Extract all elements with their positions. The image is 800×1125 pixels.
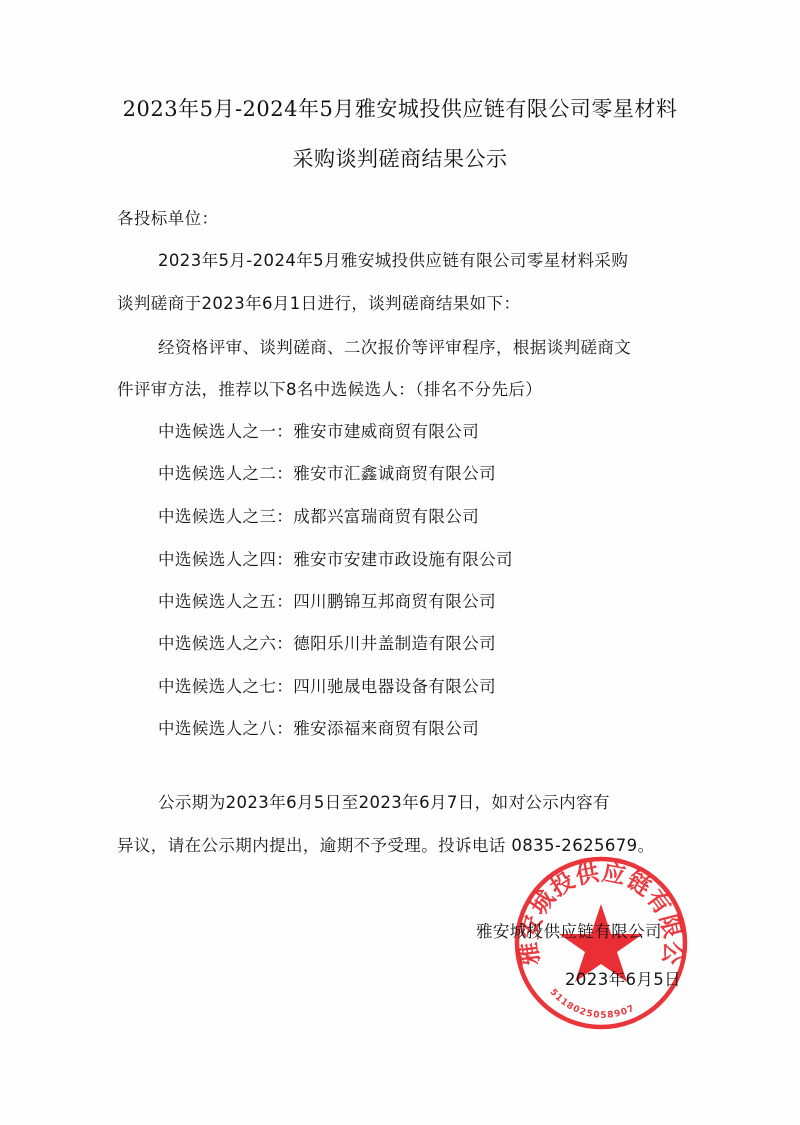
method-paragraph-line-2: 件评审方法，推荐以下8名中选候选人：（排名不分先后） <box>117 376 542 400</box>
greeting: 各投标单位： <box>117 205 218 229</box>
signature-company: 雅安城投供应链有限公司 <box>476 918 662 942</box>
candidate-company: 雅安添福来商贸有限公司 <box>293 719 479 738</box>
document-page: 2023年5月-2024年5月雅安城投供应链有限公司零星材料 采购谈判磋商结果公… <box>0 0 800 1125</box>
document-title-line-1: 2023年5月-2024年5月雅安城投供应链有限公司零星材料 <box>0 93 800 123</box>
candidate-label: 中选候选人之五： <box>158 592 293 611</box>
candidate-label: 中选候选人之七： <box>158 677 293 696</box>
candidate-label: 中选候选人之八： <box>158 719 293 738</box>
candidate-item: 中选候选人之六：德阳乐川井盖制造有限公司 <box>158 630 496 654</box>
candidate-item: 中选候选人之三：成都兴富瑞商贸有限公司 <box>158 503 479 527</box>
candidate-label: 中选候选人之一： <box>158 422 293 441</box>
candidate-company: 四川驰晟电器设备有限公司 <box>293 677 496 696</box>
candidate-label: 中选候选人之四： <box>158 550 293 569</box>
candidate-label: 中选候选人之六： <box>158 634 293 653</box>
document-title-line-2: 采购谈判磋商结果公示 <box>0 143 800 173</box>
notice-paragraph-line-2: 异议，请在公示期内提出，逾期不予受理。投诉电话 0835-2625679。 <box>117 832 654 856</box>
candidate-item: 中选候选人之二：雅安市汇鑫诚商贸有限公司 <box>158 460 496 484</box>
candidate-company: 成都兴富瑞商贸有限公司 <box>293 507 479 526</box>
candidate-company: 雅安市安建市政设施有限公司 <box>293 550 513 569</box>
signature-date: 2023年6月5日 <box>565 966 681 990</box>
candidate-item: 中选候选人之五：四川鹏锦互邦商贸有限公司 <box>158 588 496 612</box>
candidate-item: 中选候选人之七：四川驰晟电器设备有限公司 <box>158 673 496 697</box>
candidate-label: 中选候选人之二： <box>158 464 293 483</box>
intro-paragraph-line-1: 2023年5月-2024年5月雅安城投供应链有限公司零星材料采购 <box>158 247 628 271</box>
method-paragraph-line-1: 经资格评审、谈判磋商、二次报价等评审程序，根据谈判磋商文 <box>158 334 631 358</box>
svg-text:5118025058907: 5118025058907 <box>548 987 637 1020</box>
official-seal: 雅安城投供应链有限公司 5118025058907 <box>510 852 692 1034</box>
candidate-item: 中选候选人之一：雅安市建威商贸有限公司 <box>158 418 479 442</box>
candidate-company: 雅安市汇鑫诚商贸有限公司 <box>293 464 496 483</box>
intro-paragraph-line-2: 谈判磋商于2023年6月1日进行，谈判磋商结果如下： <box>117 290 520 314</box>
candidate-label: 中选候选人之三： <box>158 507 293 526</box>
candidate-company: 雅安市建威商贸有限公司 <box>293 422 479 441</box>
candidate-item: 中选候选人之四：雅安市安建市政设施有限公司 <box>158 546 513 570</box>
candidate-company: 四川鹏锦互邦商贸有限公司 <box>293 592 496 611</box>
candidate-company: 德阳乐川井盖制造有限公司 <box>293 634 496 653</box>
candidate-item: 中选候选人之八：雅安添福来商贸有限公司 <box>158 715 479 739</box>
notice-paragraph-line-1: 公示期为2023年6月5日至2023年6月7日，如对公示内容有 <box>158 789 610 813</box>
seal-stamp-icon: 雅安城投供应链有限公司 5118025058907 <box>510 852 692 1034</box>
svg-text:雅安城投供应链有限公司: 雅安城投供应链有限公司 <box>510 852 686 967</box>
